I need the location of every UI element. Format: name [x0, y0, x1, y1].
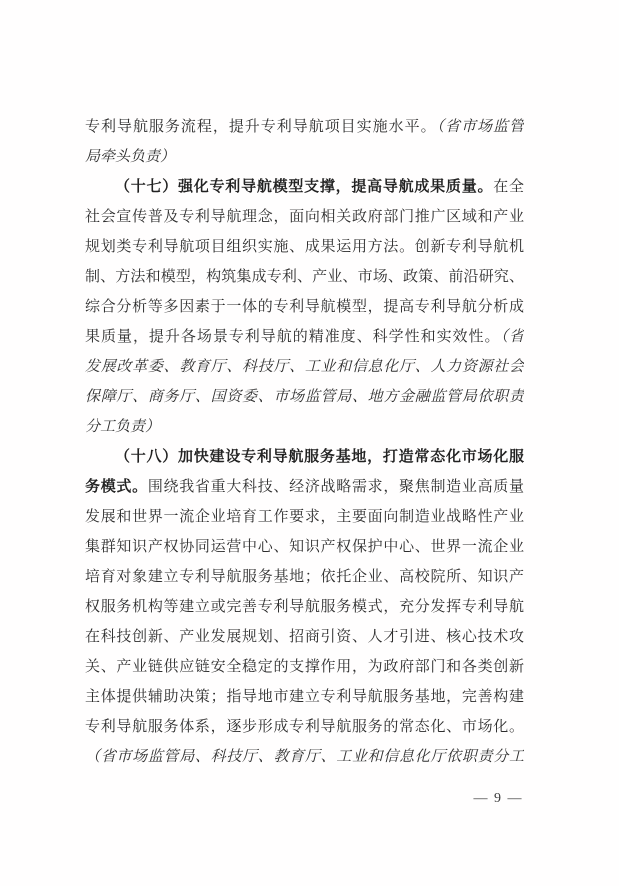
text-segment-bold: 务模式。: [85, 479, 148, 495]
text-segment-normal: 主体提供辅助决策；指导地市建立专利导航服务基地，完善构建: [85, 689, 524, 705]
text-segment-normal: 权服务机构等建立或完善专利导航服务模式，充分发挥专利导航: [85, 599, 524, 615]
text-line: 关、产业链供应链安全稳定的支撑作用，为政府部门和各类创新: [85, 652, 524, 682]
text-line: 保障厅、商务厅、国资委、市场监管局、地方金融监管局依职责: [85, 382, 524, 412]
text-line: 规划类专利导航项目组织实施、成果运用方法。创新专利导航机: [85, 232, 524, 262]
text-line: （省市场监管局、科技厅、教育厅、工业和信息化厅依职责分工: [85, 742, 524, 772]
text-segment-kai: （省市场监管: [437, 119, 524, 135]
text-line: 权服务机构等建立或完善专利导航服务模式，充分发挥专利导航: [85, 592, 524, 622]
text-line: 发展和世界一流企业培育工作要求，主要面向制造业战略性产业: [85, 502, 524, 532]
text-line: 主体提供辅助决策；指导地市建立专利导航服务基地，完善构建: [85, 682, 524, 712]
text-line: 专利导航服务流程，提升专利导航项目实施水平。（省市场监管: [85, 112, 524, 142]
text-segment-normal: 培育对象建立专利导航服务基地；依托企业、高校院所、知识产: [85, 569, 524, 585]
text-line: 务模式。围绕我省重大科技、经济战略需求，聚焦制造业高质量: [85, 472, 524, 502]
text-segment-normal: 在全: [493, 179, 524, 195]
text-segment-normal: 发展和世界一流企业培育工作要求，主要面向制造业战略性产业: [85, 509, 524, 525]
text-segment-normal: 围绕我省重大科技、经济战略需求，聚焦制造业高质量: [148, 479, 524, 495]
text-segment-normal: 社会宣传普及专利导航理念，面向相关政府部门推广区域和产业: [85, 209, 524, 225]
text-segment-normal: 在科技创新、产业发展规划、招商引资、人才引进、核心技术攻: [85, 629, 524, 645]
document-page: { "page": { "number_label": "— 9 —", "co…: [0, 0, 619, 886]
page-number: — 9 —: [474, 789, 524, 809]
page-sheet: 专利导航服务流程，提升专利导航项目实施水平。（省市场监管局牵头负责）（十七）强化…: [0, 0, 619, 886]
text-line: 专利导航服务体系，逐步形成专利导航服务的常态化、市场化。: [85, 712, 524, 742]
text-line: （十七）强化专利导航模型支撑，提高导航成果质量。在全: [85, 172, 524, 202]
text-segment-normal: 果质量，提升各场景专利导航的精准度、科学性和实效性。: [85, 329, 501, 345]
text-line: 果质量，提升各场景专利导航的精准度、科学性和实效性。（省: [85, 322, 524, 352]
text-line: 集群知识产权协同运营中心、知识产权保护中心、世界一流企业: [85, 532, 524, 562]
text-segment-normal: 集群知识产权协同运营中心、知识产权保护中心、世界一流企业: [85, 539, 524, 555]
text-line: 发展改革委、教育厅、科技厅、工业和信息化厅、人力资源社会: [85, 352, 524, 382]
text-line: 分工负责）: [85, 412, 524, 442]
text-segment-normal: 综合分析等多因素于一体的专利导航模型，提高专利导航分析成: [85, 299, 524, 315]
text-line: 局牵头负责）: [85, 142, 524, 172]
text-segment-normal: 专利导航服务流程，提升专利导航项目实施水平。: [85, 119, 437, 135]
text-segment-kai: （省: [501, 329, 524, 345]
text-segment-bold: （十八）加快建设专利导航服务基地，打造常态化市场化服: [115, 449, 524, 465]
text-segment-normal: 关、产业链供应链安全稳定的支撑作用，为政府部门和各类创新: [85, 659, 524, 675]
document-text-block: 专利导航服务流程，提升专利导航项目实施水平。（省市场监管局牵头负责）（十七）强化…: [85, 112, 524, 772]
text-segment-bold: （十七）强化专利导航模型支撑，提高导航成果质量。: [115, 179, 493, 195]
text-segment-normal: 专利导航服务体系，逐步形成专利导航服务的常态化、市场化。: [85, 719, 524, 735]
text-line: 综合分析等多因素于一体的专利导航模型，提高专利导航分析成: [85, 292, 524, 322]
text-segment-normal: 规划类专利导航项目组织实施、成果运用方法。创新专利导航机: [85, 239, 524, 255]
text-line: 在科技创新、产业发展规划、招商引资、人才引进、核心技术攻: [85, 622, 524, 652]
text-line: （十八）加快建设专利导航服务基地，打造常态化市场化服: [85, 442, 524, 472]
text-segment-kai: 分工负责）: [85, 419, 160, 435]
text-segment-kai: 保障厅、商务厅、国资委、市场监管局、地方金融监管局依职责: [85, 389, 524, 405]
text-line: 社会宣传普及专利导航理念，面向相关政府部门推广区域和产业: [85, 202, 524, 232]
text-segment-kai: （省市场监管局、科技厅、教育厅、工业和信息化厅依职责分工: [85, 749, 524, 765]
text-segment-kai: 局牵头负责）: [85, 149, 175, 165]
text-segment-normal: 制、方法和模型，构筑集成专利、产业、市场、政策、前沿研究、: [85, 269, 524, 285]
text-line: 培育对象建立专利导航服务基地；依托企业、高校院所、知识产: [85, 562, 524, 592]
text-line: 制、方法和模型，构筑集成专利、产业、市场、政策、前沿研究、: [85, 262, 524, 292]
text-segment-kai: 发展改革委、教育厅、科技厅、工业和信息化厅、人力资源社会: [85, 359, 524, 375]
